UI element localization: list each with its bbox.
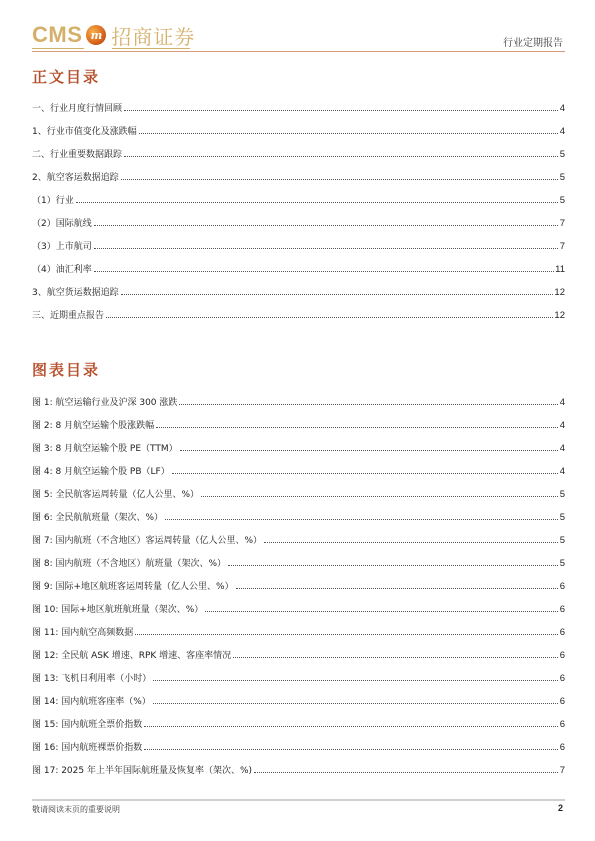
figure-entry[interactable]: 图 17: 2025 年上半年国际航班量及恢复率（架次、%) 7 <box>32 762 565 776</box>
footer-divider <box>32 799 565 801</box>
toc-entry-page: 12 <box>554 310 565 321</box>
figure-entry-label: 图 10: 国际+地区航班航班量（架次、%） <box>32 602 204 615</box>
toc-entry[interactable]: 1、行业市值变化及涨跌幅 4 <box>32 123 565 137</box>
toc-entry-label: 二、行业重要数据跟踪 <box>32 147 123 160</box>
toc-entry-label: （2）国际航线 <box>32 216 93 229</box>
figure-entry-label: 图 3: 8 月航空运输个股 PE（TTM） <box>32 441 179 454</box>
figure-entry-page: 6 <box>559 650 565 661</box>
toc-entry-page: 4 <box>559 103 565 114</box>
toc-leader-dots <box>139 133 558 134</box>
toc-entry-label: 1、行业市值变化及涨跌幅 <box>32 124 138 137</box>
toc-leader-dots <box>233 657 558 658</box>
figure-entry-page: 4 <box>559 466 565 477</box>
figure-entry[interactable]: 图 13: 飞机日利用率（小时） 6 <box>32 670 565 684</box>
toc-entry-page: 7 <box>559 218 565 229</box>
toc-entry[interactable]: 2、航空客运数据追踪 5 <box>32 169 565 183</box>
figure-entry-page: 5 <box>559 558 565 569</box>
toc-leader-dots <box>144 726 558 727</box>
toc-entry[interactable]: （3）上市航司 7 <box>32 238 565 252</box>
toc-leader-dots <box>94 271 554 272</box>
figure-entry-label: 图 13: 飞机日利用率（小时） <box>32 671 152 684</box>
figure-entry[interactable]: 图 10: 国际+地区航班航班量（架次、%） 6 <box>32 601 565 615</box>
figure-entry[interactable]: 图 14: 国内航班客座率（%） 6 <box>32 693 565 707</box>
figure-entry-page: 6 <box>559 742 565 753</box>
toc-leader-dots <box>135 634 558 635</box>
figure-entry-page: 4 <box>559 443 565 454</box>
logo-text-cn: 招商证券 <box>111 21 195 50</box>
toc-entry[interactable]: 三、近期重点报告 12 <box>32 307 565 321</box>
toc-leader-dots <box>144 749 558 750</box>
toc-entry[interactable]: （4）油汇利率 11 <box>32 261 565 275</box>
figure-entry-page: 6 <box>559 604 565 615</box>
figure-entry-page: 4 <box>559 420 565 431</box>
figure-entry[interactable]: 图 16: 国内航班裸票价指数 6 <box>32 739 565 753</box>
figure-entry-label: 图 5: 全民航客运周转量（亿人公里、%） <box>32 487 200 500</box>
figure-entry[interactable]: 图 12: 全民航 ASK 增速、RPK 增速、客座率情况 6 <box>32 647 565 661</box>
toc-leader-dots <box>179 404 558 405</box>
figure-entry[interactable]: 图 6: 全民航航班量（架次、%） 5 <box>32 509 565 523</box>
toc-leader-dots <box>156 427 558 428</box>
toc-leader-dots <box>153 703 558 704</box>
toc-entry[interactable]: （2）国际航线 7 <box>32 215 565 229</box>
figure-entry-page: 4 <box>559 397 565 408</box>
toc-leader-dots <box>254 772 558 773</box>
figure-entry[interactable]: 图 4: 8 月航空运输个股 PB（LF） 4 <box>32 463 565 477</box>
figure-entry-label: 图 17: 2025 年上半年国际航班量及恢复率（架次、%) <box>32 763 253 776</box>
toc-entry[interactable]: 二、行业重要数据跟踪 5 <box>32 146 565 160</box>
logo-underline-cn <box>112 48 190 49</box>
toc-entry-label: 三、近期重点报告 <box>32 308 105 321</box>
figure-entry-label: 图 15: 国内航班全票价指数 <box>32 717 143 730</box>
disclaimer-note: 敬请阅读末页的重要说明 <box>32 804 120 815</box>
figure-entry-page: 7 <box>559 765 565 776</box>
figure-entry-label: 图 14: 国内航班客座率（%） <box>32 694 152 707</box>
toc-leader-dots <box>94 225 558 226</box>
toc-leader-dots <box>106 317 553 318</box>
document-type-label: 行业定期报告 <box>503 34 563 49</box>
toc-entry-page: 11 <box>555 264 565 275</box>
figure-entry-label: 图 7: 国内航班（不含地区）客运周转量（亿人公里、%） <box>32 533 263 546</box>
toc-leader-dots <box>264 542 558 543</box>
toc-leader-dots <box>124 156 558 157</box>
toc-entry-page: 5 <box>559 195 565 206</box>
figure-entry-label: 图 16: 国内航班裸票价指数 <box>32 740 143 753</box>
toc-entry-label: 一、行业月度行情回顾 <box>32 101 123 114</box>
toc-entry[interactable]: （1）行业 5 <box>32 192 565 206</box>
figure-entry-label: 图 8: 国内航班（不含地区）航班量（架次、%） <box>32 556 227 569</box>
toc-leader-dots <box>165 519 558 520</box>
figure-entry-page: 6 <box>559 627 565 638</box>
header-divider <box>32 51 565 52</box>
figure-entry-label: 图 4: 8 月航空运输个股 PB（LF） <box>32 464 171 477</box>
figure-entry-page: 6 <box>559 673 565 684</box>
logo-underline-en <box>32 48 84 49</box>
toc-entry-label: （4）油汇利率 <box>32 262 93 275</box>
toc-entry-page: 7 <box>559 241 565 252</box>
figure-entry[interactable]: 图 2: 8 月航空运输个股涨跌幅 4 <box>32 417 565 431</box>
figure-entry[interactable]: 图 8: 国内航班（不含地区）航班量（架次、%） 5 <box>32 555 565 569</box>
page-number: 2 <box>558 803 563 813</box>
toc-leader-dots <box>124 110 558 111</box>
figure-entry-label: 图 11: 国内航空高频数据 <box>32 625 134 638</box>
toc-leader-dots <box>172 473 558 474</box>
figure-entry-label: 图 1: 航空运输行业及沪深 300 涨跌 <box>32 395 178 408</box>
figures-title: 图表目录 <box>32 359 100 380</box>
figure-entry[interactable]: 图 9: 国际+地区航班客运周转量（亿人公里、%） 6 <box>32 578 565 592</box>
toc-entry-page: 5 <box>559 149 565 160</box>
figure-entry-page: 5 <box>559 512 565 523</box>
logo-badge-icon: m <box>86 25 106 45</box>
toc-leader-dots <box>121 179 558 180</box>
figure-entry-page: 6 <box>559 719 565 730</box>
contents-title: 正文目录 <box>32 66 100 87</box>
toc-leader-dots <box>236 588 558 589</box>
toc-leader-dots <box>205 611 558 612</box>
toc-entry-label: （3）上市航司 <box>32 239 93 252</box>
logo-text-en: CMS <box>32 22 82 48</box>
figure-entry-page: 6 <box>559 696 565 707</box>
toc-leader-dots <box>180 450 558 451</box>
toc-entry-label: 2、航空客运数据追踪 <box>32 170 120 183</box>
figure-entry-page: 5 <box>559 535 565 546</box>
toc-entry[interactable]: 一、行业月度行情回顾 4 <box>32 100 565 114</box>
figure-entry[interactable]: 图 5: 全民航客运周转量（亿人公里、%） 5 <box>32 486 565 500</box>
toc-entry-page: 5 <box>559 172 565 183</box>
toc-leader-dots <box>228 565 558 566</box>
figure-entry-page: 6 <box>559 581 565 592</box>
figure-entry-label: 图 9: 国际+地区航班客运周转量（亿人公里、%） <box>32 579 235 592</box>
figure-entry-page: 5 <box>559 489 565 500</box>
figure-entry[interactable]: 图 7: 国内航班（不含地区）客运周转量（亿人公里、%） 5 <box>32 532 565 546</box>
toc-entry-label: （1）行业 <box>32 193 75 206</box>
figure-entry[interactable]: 图 1: 航空运输行业及沪深 300 涨跌 4 <box>32 394 565 408</box>
toc-leader-dots <box>94 248 558 249</box>
toc-entry-page: 12 <box>554 287 565 298</box>
toc-entry-page: 4 <box>559 126 565 137</box>
figure-entry-label: 图 2: 8 月航空运输个股涨跌幅 <box>32 418 155 431</box>
toc-entry[interactable]: 3、航空货运数据追踪 12 <box>32 284 565 298</box>
toc-leader-dots <box>76 202 558 203</box>
toc-entry-label: 3、航空货运数据追踪 <box>32 285 120 298</box>
toc-leader-dots <box>121 294 554 295</box>
figure-entry[interactable]: 图 3: 8 月航空运输个股 PE（TTM） 4 <box>32 440 565 454</box>
toc-leader-dots <box>201 496 558 497</box>
company-logo: CMS m 招商证券 <box>32 20 195 50</box>
figure-entry-label: 图 12: 全民航 ASK 增速、RPK 增速、客座率情况 <box>32 648 232 661</box>
toc-leader-dots <box>153 680 558 681</box>
figure-entry[interactable]: 图 11: 国内航空高频数据 6 <box>32 624 565 638</box>
figure-entry-label: 图 6: 全民航航班量（架次、%） <box>32 510 164 523</box>
figure-entry[interactable]: 图 15: 国内航班全票价指数 6 <box>32 716 565 730</box>
